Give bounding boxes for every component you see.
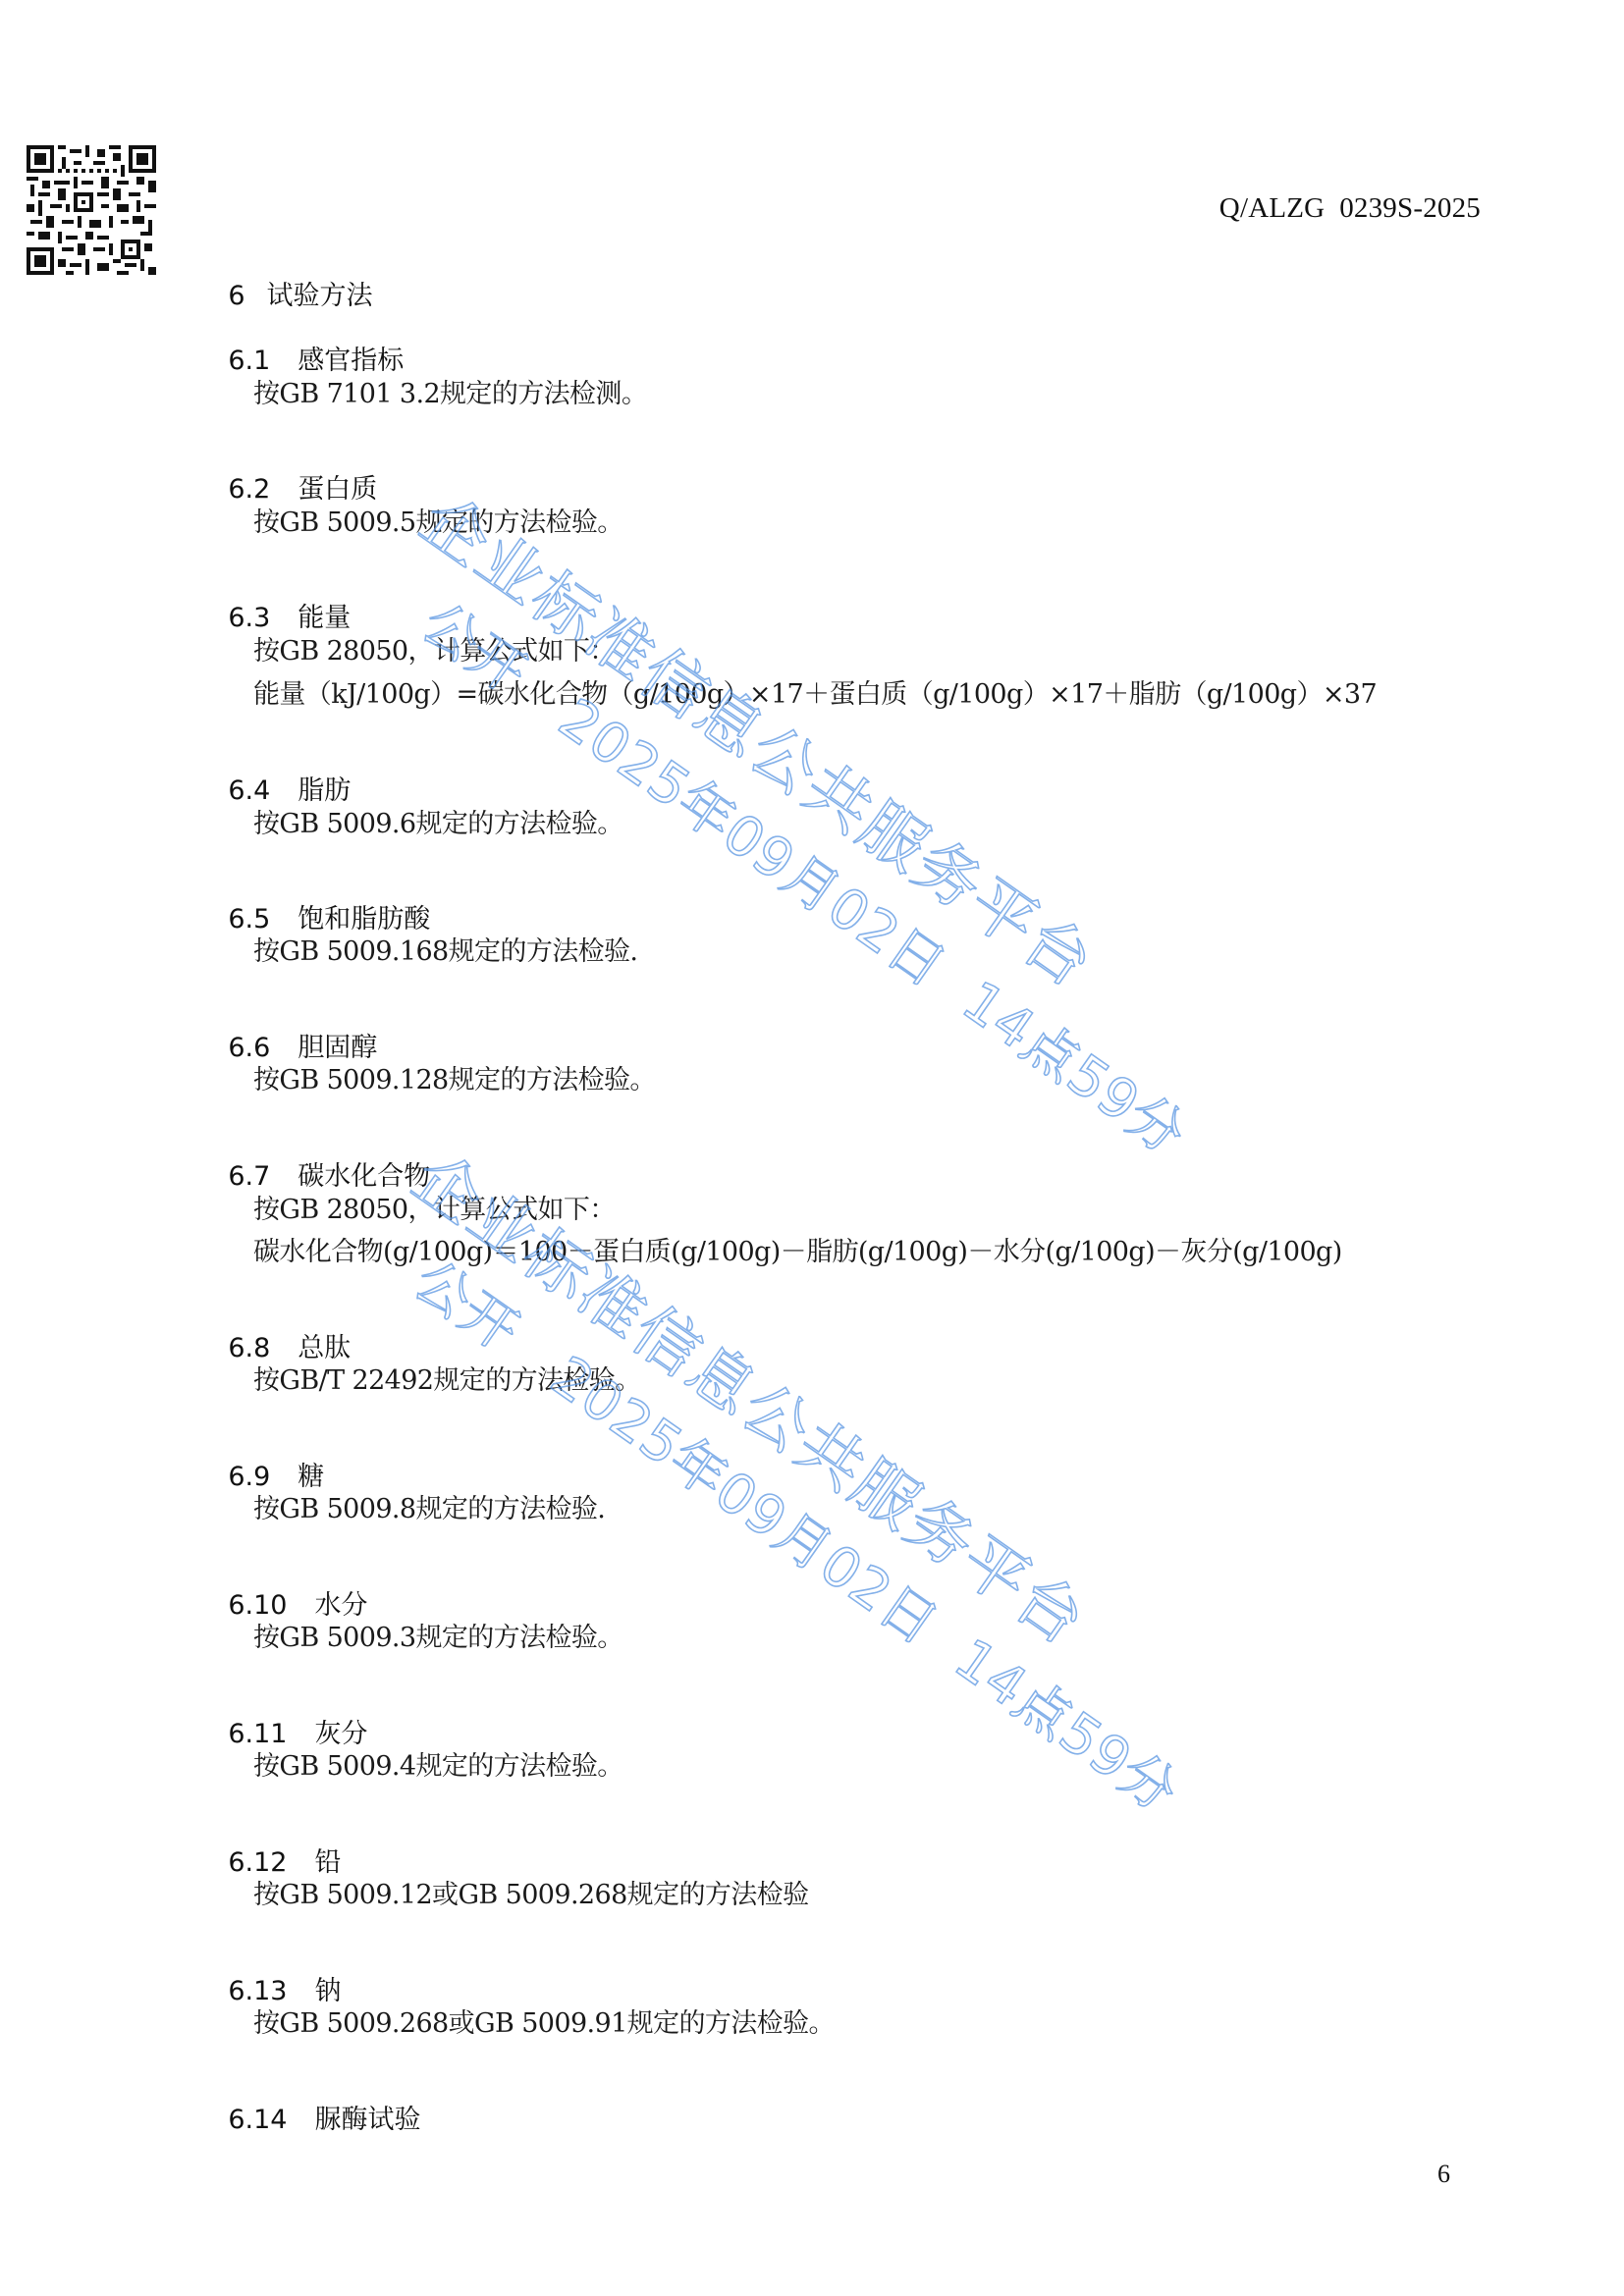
subsection-title: 铅: [314, 1847, 341, 1879]
subsection-title: 感官指标: [298, 346, 404, 377]
document-code: Q/ALZG 0239S-2025: [1219, 192, 1481, 225]
subsection-heading-6-14: 6.14脲酶试验: [194, 2073, 420, 2167]
subsection-number: 6.7: [228, 1161, 270, 1193]
subsection-body: 按GB 5009.8规定的方法检验.: [253, 1494, 605, 1525]
subsection-title: 胆固醇: [298, 1033, 377, 1064]
subsection-title: 能量: [298, 603, 351, 634]
subsection-title: 碳水化合物: [298, 1161, 430, 1193]
page-number: 6: [1437, 2160, 1450, 2189]
subsection-title: 饱和脂肪酸: [298, 904, 430, 935]
subsection-body: 按GB 5009.5规定的方法检验。: [253, 507, 623, 539]
subsection-body: 按GB 7101 3.2规定的方法检测。: [253, 379, 647, 410]
subsection-body: 按GB 28050，计算公式如下：: [253, 1195, 616, 1226]
subsection-number: 6.9: [228, 1462, 270, 1493]
subsection-body: 按GB 5009.168规定的方法检验.: [253, 936, 637, 968]
subsection-title: 糖: [298, 1462, 324, 1493]
document-page: Q/ALZG 0239S-2025 6试验方法 6.1感官指标 按GB 7101…: [0, 0, 1624, 2296]
subsection-title: 灰分: [314, 1719, 367, 1750]
subsection-number: 6.12: [228, 1847, 287, 1879]
subsection-number: 6.3: [228, 603, 270, 634]
subsection-body: 按GB 5009.12或GB 5009.268规定的方法检验: [253, 1880, 808, 1911]
subsection-title: 脂肪: [298, 775, 351, 807]
section-number: 6: [228, 281, 244, 312]
subsection-body: 按GB 5009.128规定的方法检验。: [253, 1065, 656, 1096]
subsection-number: 6.14: [228, 2105, 287, 2136]
energy-formula: 能量（kJ/100g）=碳水化合物（g/100g）×17＋蛋白质（g/100g）…: [253, 679, 1377, 711]
subsection-number: 6.2: [228, 474, 270, 506]
subsection-number: 6.13: [228, 1976, 287, 2007]
subsection-number: 6.4: [228, 775, 270, 807]
subsection-number: 6.8: [228, 1333, 270, 1364]
subsection-body: 按GB 5009.4规定的方法检验。: [253, 1751, 623, 1783]
subsection-title: 蛋白质: [298, 474, 377, 506]
subsection-number: 6.10: [228, 1590, 287, 1622]
subsection-body: 按GB/T 22492规定的方法检验。: [253, 1365, 641, 1397]
subsection-title: 脲酶试验: [314, 2105, 420, 2136]
watermark-platform: 企业标准信息公共服务平台: [406, 469, 1116, 1005]
subsection-number: 6.5: [228, 904, 270, 935]
carbohydrate-formula: 碳水化合物(g/100g)＝100－蛋白质(g/100g)－脂肪(g/100g)…: [253, 1237, 1342, 1268]
qr-code-icon: [26, 145, 157, 275]
subsection-title: 水分: [314, 1590, 367, 1622]
section-title: 试验方法: [267, 281, 373, 312]
subsection-number: 6.6: [228, 1033, 270, 1064]
subsection-number: 6.11: [228, 1719, 287, 1750]
watermark-date: 公开 2025年09月02日 14点59分: [401, 1239, 1196, 1828]
subsection-body: 按GB 5009.3规定的方法检验。: [253, 1623, 623, 1654]
subsection-body: 按GB 5009.268或GB 5009.91规定的方法检验。: [253, 2008, 835, 2040]
subsection-body: 按GB 5009.6规定的方法检验。: [253, 809, 623, 840]
subsection-title: 钠: [314, 1976, 341, 2007]
subsection-body: 按GB 28050，计算公式如下：: [253, 636, 616, 667]
subsection-title: 总肽: [298, 1333, 351, 1364]
subsection-number: 6.1: [228, 346, 270, 377]
